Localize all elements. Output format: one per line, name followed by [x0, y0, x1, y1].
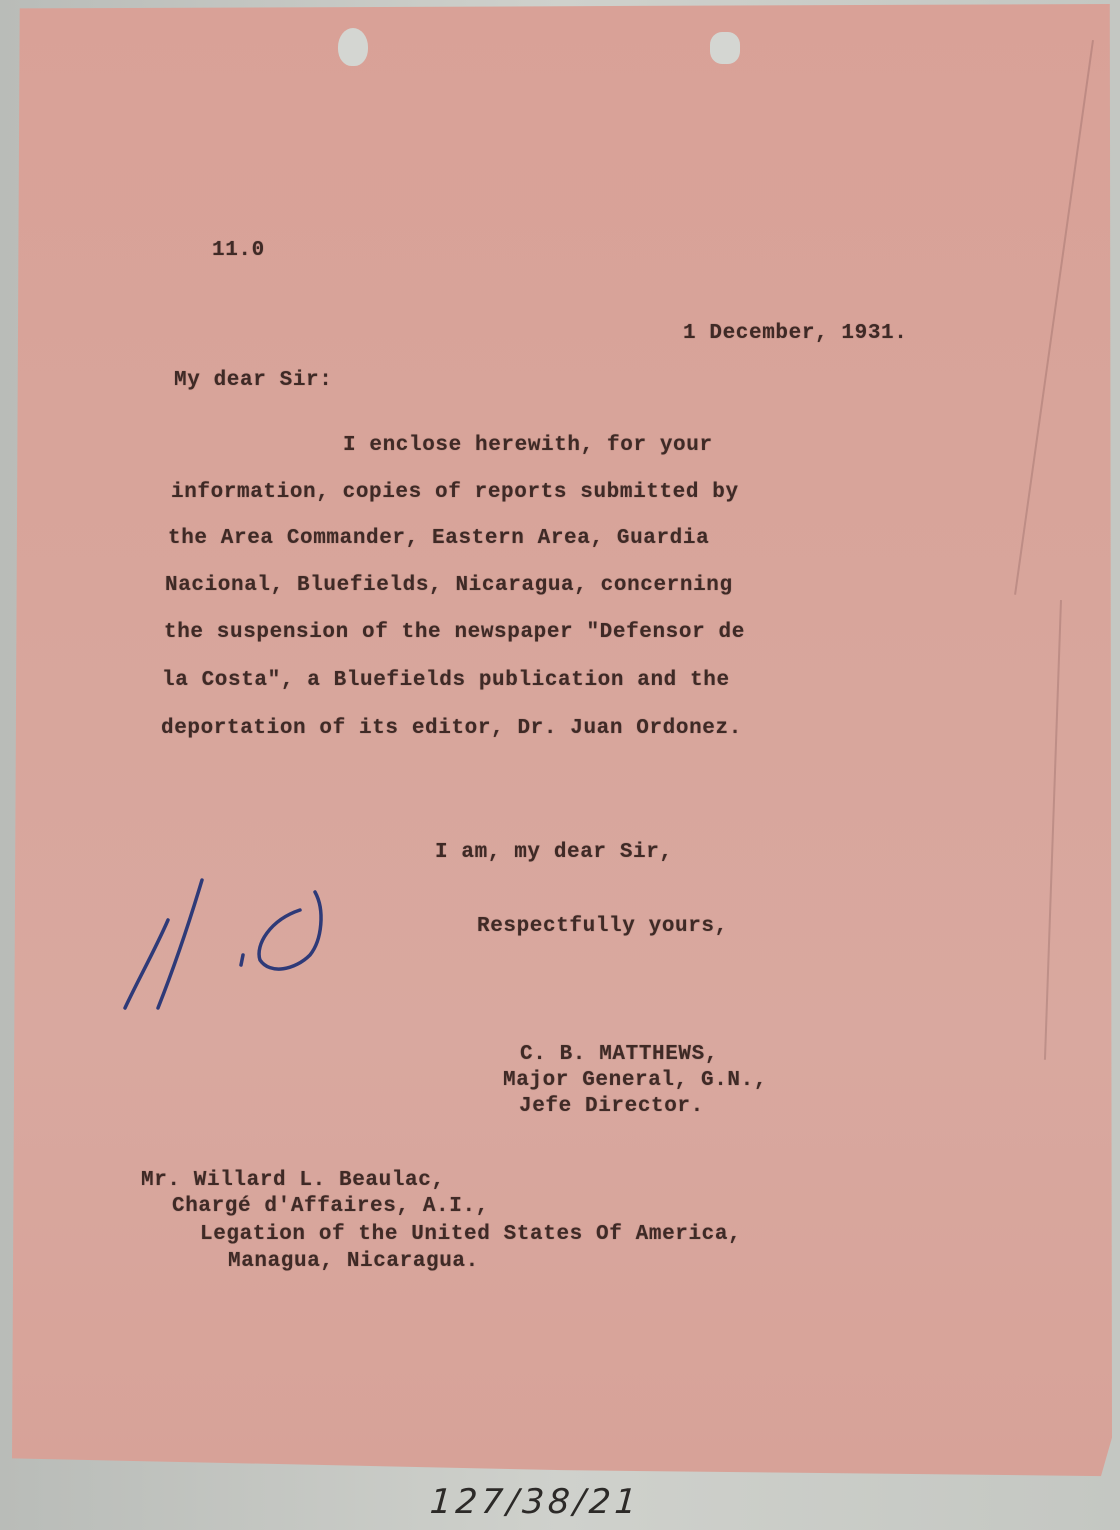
letter-date: 1 December, 1931. [683, 323, 907, 344]
letter-page [12, 4, 1112, 1482]
file-number: 11.0 [212, 240, 265, 261]
signature-title: Jefe Director. [519, 1096, 704, 1117]
body-line: the Area Commander, Eastern Area, Guardi… [168, 528, 709, 549]
punch-hole-right [710, 32, 740, 64]
signature-name: C. B. MATTHEWS, [520, 1044, 718, 1065]
closing-line: I am, my dear Sir, [435, 842, 673, 863]
body-line: deportation of its editor, Dr. Juan Ordo… [161, 718, 742, 739]
addressee-location: Managua, Nicaragua. [228, 1251, 479, 1272]
addressee-position: Chargé d'Affaires, A.I., [172, 1196, 489, 1217]
signature-rank: Major General, G.N., [503, 1070, 767, 1091]
punch-hole-left [338, 28, 368, 66]
body-line: Nacional, Bluefields, Nicaragua, concern… [165, 575, 733, 596]
archive-reference: 127/38/21 [429, 1482, 642, 1522]
body-line: the suspension of the newspaper "Defenso… [164, 622, 745, 643]
body-line: I enclose herewith, for your [343, 435, 713, 456]
body-line: information, copies of reports submitted… [171, 482, 739, 503]
addressee-organization: Legation of the United States Of America… [200, 1224, 741, 1245]
body-line: la Costa", a Bluefields publication and … [162, 670, 730, 691]
closing-line: Respectfully yours, [477, 916, 728, 937]
salutation: My dear Sir: [174, 370, 332, 391]
addressee-name: Mr. Willard L. Beaulac, [141, 1170, 445, 1191]
handwritten-annotation [110, 870, 350, 1020]
